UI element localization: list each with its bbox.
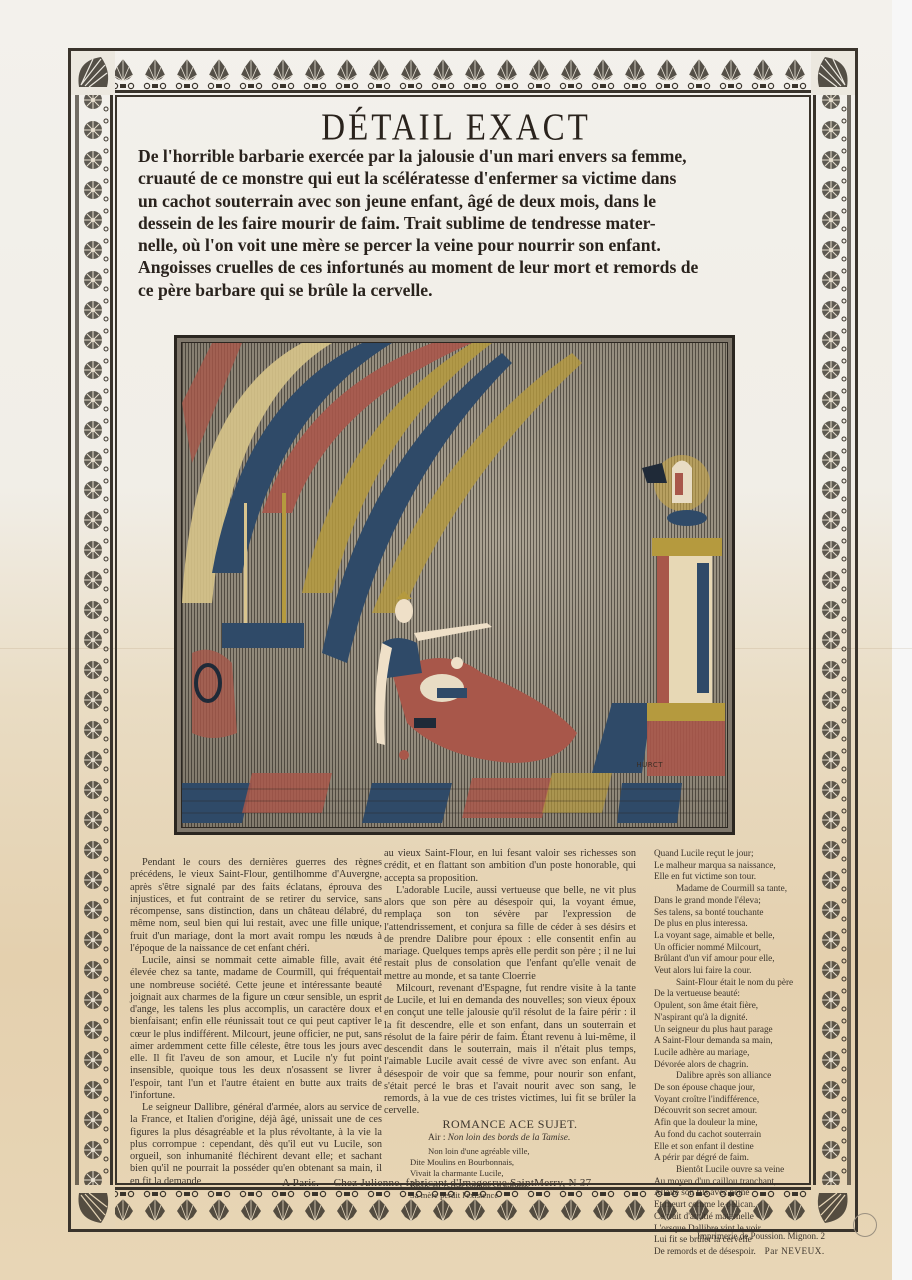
verse-line: De plus en plus interessa. <box>654 918 844 930</box>
verse-line: N'aspirant qu'à la dignité. <box>654 1012 844 1024</box>
border-top-palmettes <box>75 55 851 93</box>
subtitle-line: De l'horrible barbarie exercée par la ja… <box>138 145 788 167</box>
author-credit: Par NEVEUX. <box>756 1246 825 1256</box>
verse-line: Veut alors lui faire la cour. <box>654 965 844 977</box>
verse-line: De remords et de désespoir. Par NEVEUX. <box>654 1246 844 1258</box>
text-column-2: au vieux Saint-Flour, en lui fesant valo… <box>384 848 636 1201</box>
paragraph: Le seigneur Dallibre, général d'armée, a… <box>130 1102 382 1188</box>
verse-line: Opulent, son âme était fière, <box>654 1000 844 1012</box>
verse-line: Elle et son enfant il destine <box>654 1141 844 1153</box>
shell-corner-icon <box>811 51 855 95</box>
scan-margin <box>892 0 912 1280</box>
verse-line: Dévorée alors de chagrin. <box>654 1059 844 1071</box>
paragraph: Pendant le cours des dernières guerres d… <box>130 857 382 955</box>
publisher-imprint: A Paris. —Chez Julienne, fabricant d'Ima… <box>282 1177 591 1189</box>
page-title: DÉTAIL EXACT <box>0 107 912 150</box>
subtitle-line: nelle, où l'on voit une mère se percer l… <box>138 234 788 256</box>
subtitle-block: De l'horrible barbarie exercée par la ja… <box>138 145 788 301</box>
verse-line: Allaite son fils avec peine <box>654 1187 844 1199</box>
verse-line: La voyant sage, aimable et belle, <box>654 930 844 942</box>
verse-line: Ses talens, sa bonté touchante <box>654 907 844 919</box>
dungeon-scene-icon <box>182 343 728 828</box>
verse-line: A périr par dégré de faim. <box>654 1152 844 1164</box>
romance-air: Air : Non loin des bords de la Tamise. <box>384 1132 636 1144</box>
paragraph: Lucile, ainsi se nommait cette aimable f… <box>130 955 382 1102</box>
air-label: Air : <box>428 1133 445 1143</box>
subtitle-line: Angoisses cruelles de ces infortunés au … <box>138 256 788 278</box>
woodcut-illustration: HURCT <box>174 335 735 835</box>
printer-imprint: Imprimerie de Poussion. Mignon. 2 <box>697 1231 825 1241</box>
verse-line: Lucile adhère au mariage, <box>654 1047 844 1059</box>
verse-line: Un seigneur du plus haut parage <box>654 1024 844 1036</box>
verse-line: Saint-Flour était le nom du père <box>654 977 844 989</box>
verse-line: Dans le grand monde l'éleva; <box>654 895 844 907</box>
verse-line: Non loin d'une agréable ville, <box>384 1146 636 1157</box>
verse-line: Et meurt comme le pélican. <box>654 1199 844 1211</box>
subtitle-line: un cachot souterrain avec son jeune enfa… <box>138 190 788 212</box>
verse-line: Dalibre après son alliance <box>654 1070 844 1082</box>
engraver-signature: HURCT <box>636 761 663 769</box>
verse-line: Bientôt Lucile ouvre sa veine <box>654 1164 844 1176</box>
verse-line: Quand Lucile reçut le jour; <box>654 848 844 860</box>
library-stamp-icon <box>853 1213 877 1237</box>
verse-line: Elle en fut victime son tour. <box>654 871 844 883</box>
subtitle-line: ce père barbare qui se brûle la cervelle… <box>138 279 788 301</box>
verse-line: Afin que la douleur la mine, <box>654 1117 844 1129</box>
verse-line: Le malheur marqua sa naissance, <box>654 860 844 872</box>
verse-line: Un officier nommé Milcourt, <box>654 942 844 954</box>
verse-line: De son épouse chaque jour, <box>654 1082 844 1094</box>
verse-line: Brûlant d'un vif amour pour elle, <box>654 953 844 965</box>
verse-line: Voyant croître l'indifférence, <box>654 1094 844 1106</box>
air-name: Non loin des bords de la Tamise. <box>448 1133 571 1143</box>
verse-line: Au fond du cachot souterrain <box>654 1129 844 1141</box>
paragraph: au vieux Saint-Flour, en lui fesant valo… <box>384 848 636 885</box>
verse-line: Dite Moulins en Bourbonnais, <box>384 1157 636 1168</box>
verse-line: Ce trait d'amitié maternelle <box>654 1211 844 1223</box>
subtitle-line: dessein de les faire mourir de faim. Tra… <box>138 212 788 234</box>
border-left-rosettes <box>75 55 113 1225</box>
paragraph: L'adorable Lucile, aussi vertueuse que b… <box>384 885 636 983</box>
verse-line: Découvrit son secret amour. <box>654 1105 844 1117</box>
illustration-frame: HURCT <box>181 342 728 828</box>
shell-corner-icon <box>71 51 115 95</box>
verse-line: Sa mère perdit l'existence <box>384 1190 636 1201</box>
text-column-1: Pendant le cours des dernières guerres d… <box>130 857 382 1188</box>
subtitle-line: cruauté de ce monstre qui eut la scéléra… <box>138 167 788 189</box>
verse-line: A Saint-Flour demanda sa main, <box>654 1035 844 1047</box>
verse-line: Au moyen d'un caillou tranchant, <box>654 1176 844 1188</box>
verse-line: De la vertueuse beauté: <box>654 988 844 1000</box>
text-column-3-verses: Quand Lucile reçut le jour;Le malheur ma… <box>654 848 844 1258</box>
romance-heading: ROMANCE ACE SUJET. <box>384 1118 636 1130</box>
shell-corner-icon <box>71 1185 115 1229</box>
paragraph: Milcourt, revenant d'Espagne, fut rendre… <box>384 983 636 1118</box>
verse-line: Madame de Courmill sa tante, <box>654 883 844 895</box>
